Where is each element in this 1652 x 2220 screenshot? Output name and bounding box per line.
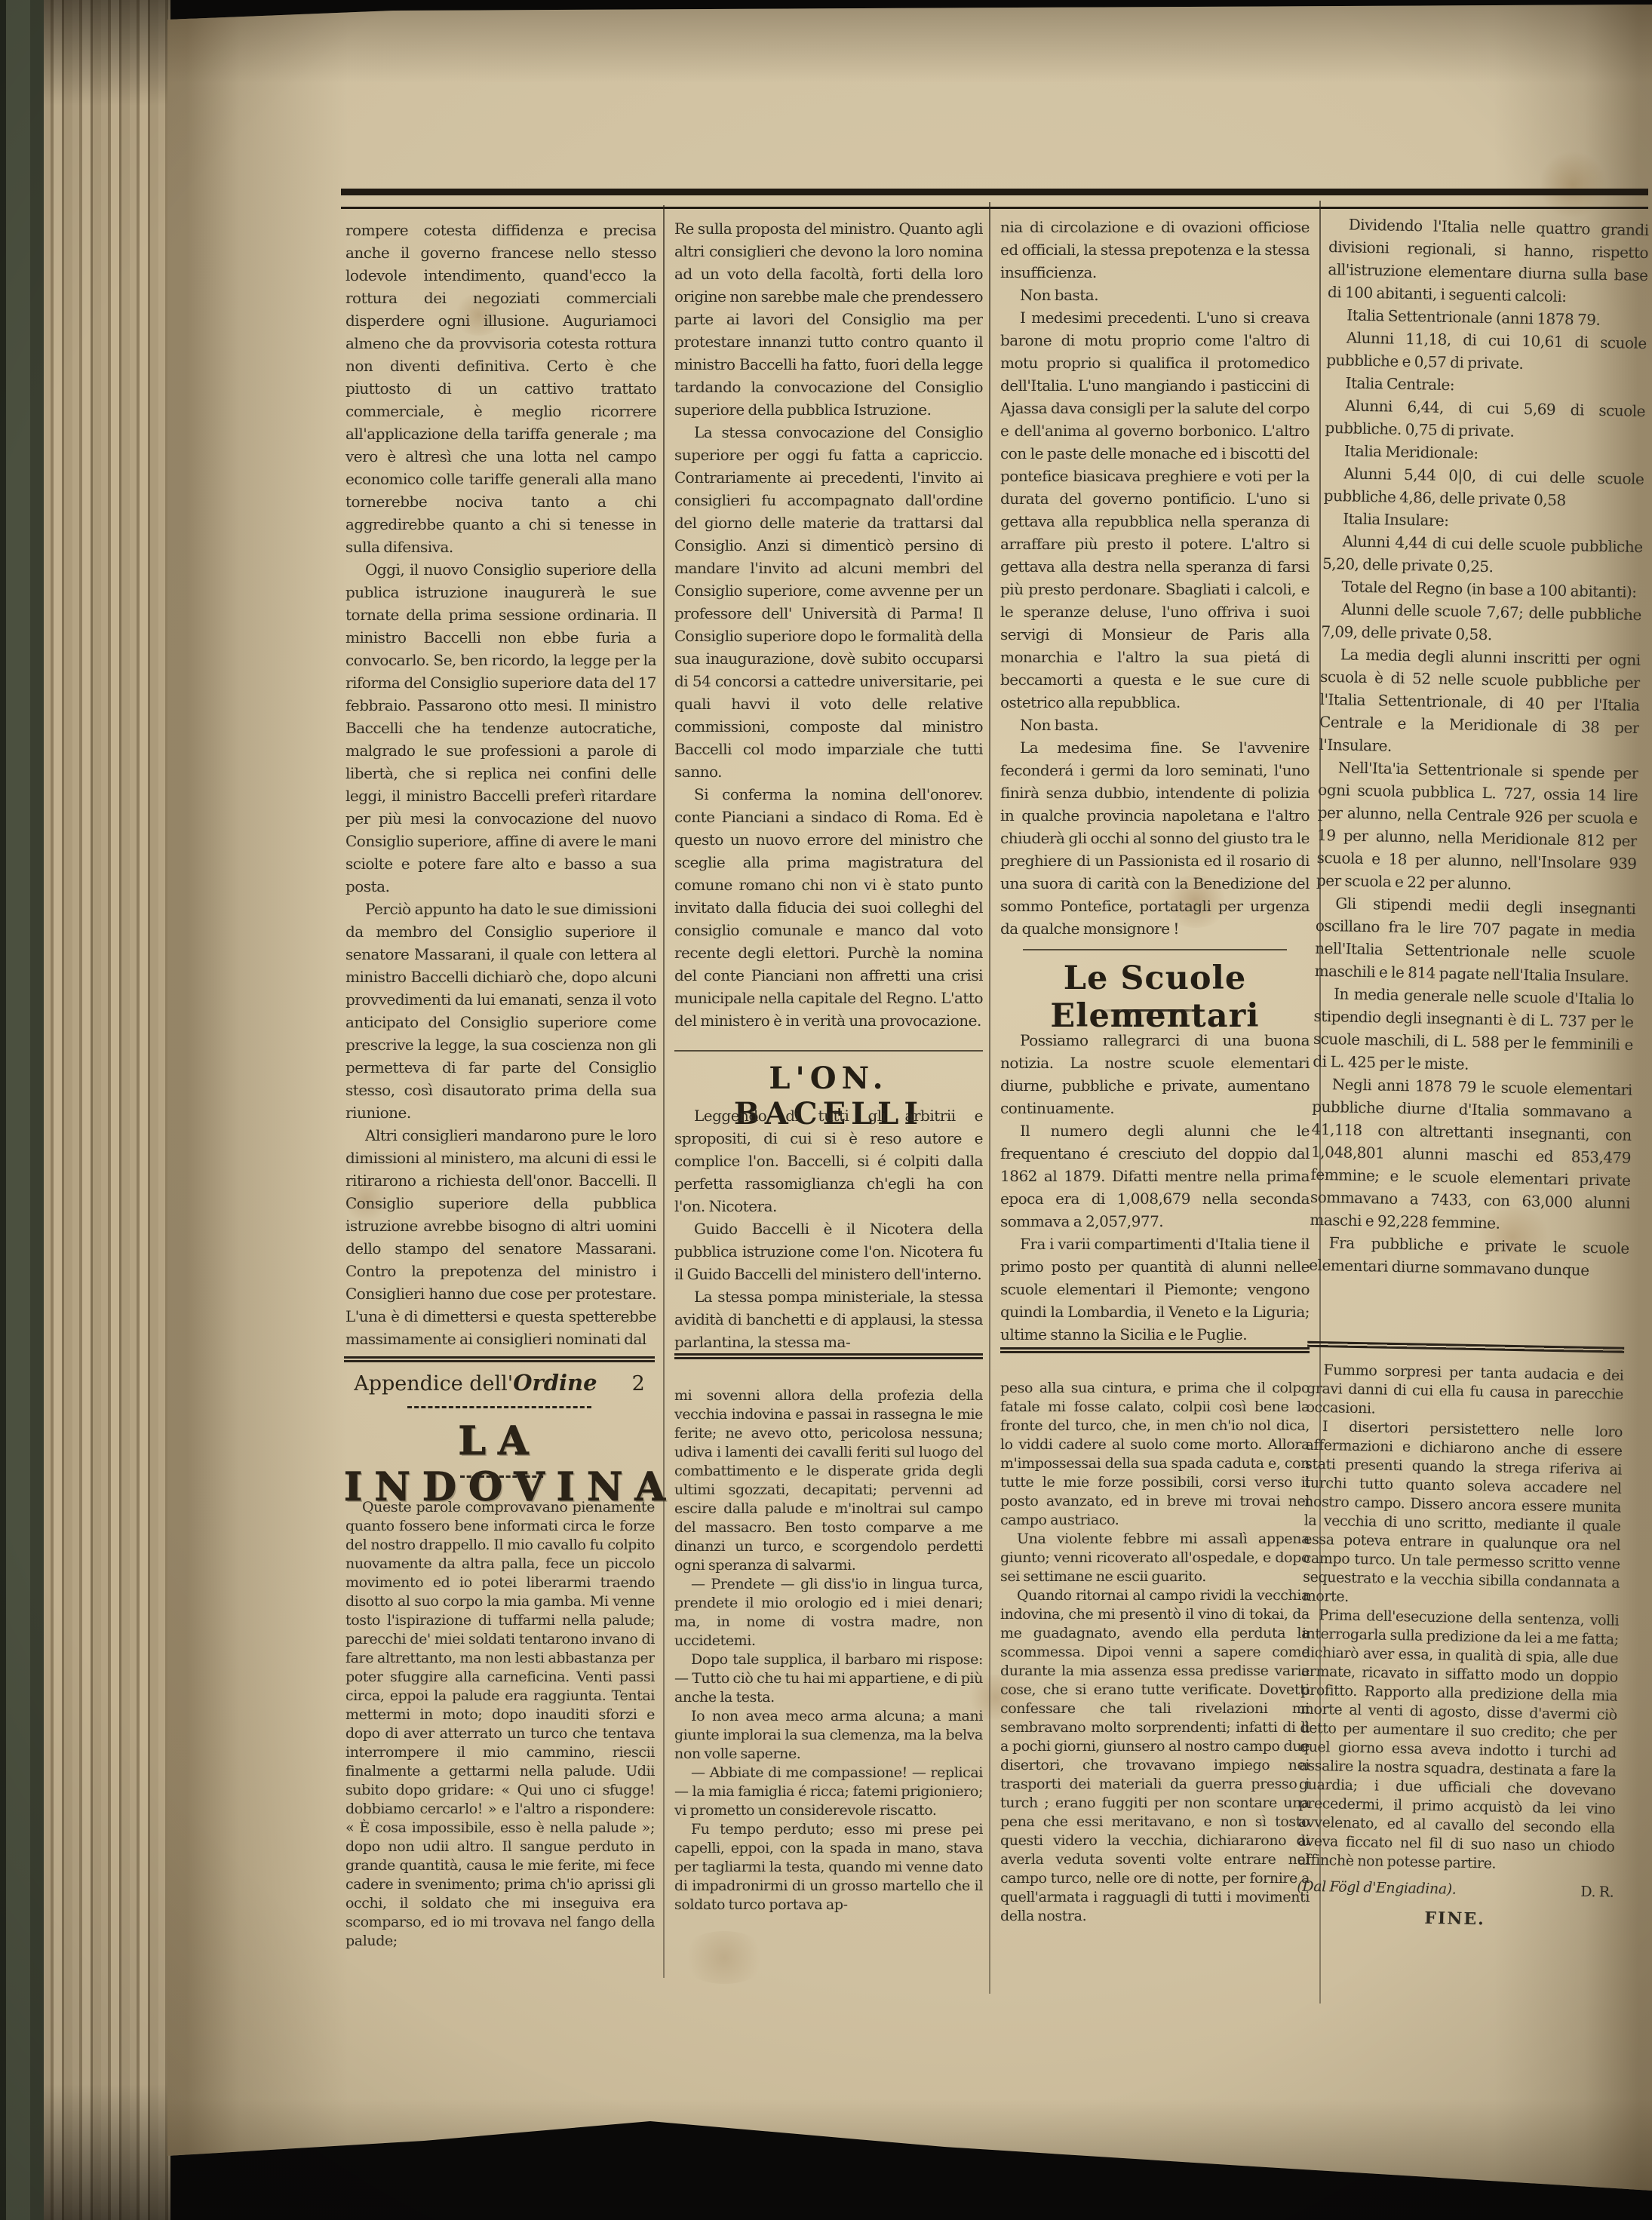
scuole-headline: Le Scuole Elementari bbox=[1000, 960, 1310, 1000]
scuole-column3: Possiamo rallegrarci di una buona notizi… bbox=[1000, 1029, 1310, 1343]
paragraph: Re sulla proposta del ministro. Quanto a… bbox=[674, 217, 983, 421]
feuilleton-separator-col1 bbox=[344, 1356, 655, 1362]
paragraph: Prima dell'esecuzione della sentenza, vo… bbox=[1297, 1606, 1620, 1876]
paragraph: Una violente febbre mi assalì appena giu… bbox=[1000, 1530, 1310, 1586]
paragraph: Quando ritornai al campo rividi la vecch… bbox=[1000, 1586, 1310, 1926]
paragraph: Gli stipendi medii degli insegnanti osci… bbox=[1314, 892, 1635, 988]
paragraph: — Prendete — gli diss'io in lingua turca… bbox=[674, 1575, 983, 1650]
paragraph: Fu tempo perduto; esso mi prese pei cape… bbox=[674, 1820, 983, 1914]
paragraph: nia di circolazione e di ovazioni offici… bbox=[1000, 216, 1310, 284]
paragraph: Possiamo rallegrarci di una buona notizi… bbox=[1000, 1029, 1310, 1119]
paragraph: Fra i varii compartimenti d'Italia tiene… bbox=[1000, 1233, 1310, 1343]
feuilleton-title-ornament bbox=[460, 1475, 543, 1478]
scuole-ornament bbox=[1101, 1009, 1207, 1012]
paragraph: Fummo sorpresi per tanta audacia e dei g… bbox=[1306, 1361, 1623, 1423]
feuilleton-tail: (Dal Fögl d'Engiadina). D. R. bbox=[1297, 1878, 1614, 1902]
paragraph: Alunni 5,44 0|0, di cui delle scuole pub… bbox=[1324, 462, 1644, 513]
paragraph: Io non avea meco arma alcuna; a mani giu… bbox=[674, 1707, 983, 1764]
appendix-dashed-rule bbox=[407, 1406, 591, 1408]
paragraph: I medesimi precedenti. L'uno si creava b… bbox=[1000, 306, 1310, 714]
top-edge-shadow bbox=[167, 0, 1652, 83]
paragraph: Alunni 11,18, di cui 10,61 di scuole pub… bbox=[1326, 326, 1647, 377]
feuilleton-initials: D. R. bbox=[1580, 1883, 1614, 1902]
article1-column2: Re sulla proposta del ministro. Quanto a… bbox=[674, 217, 983, 1044]
feuilleton-separator-col3 bbox=[1000, 1347, 1310, 1353]
bacelli-headline-rule bbox=[674, 1050, 983, 1052]
feuilleton-separator-col2 bbox=[674, 1353, 983, 1359]
paragraph: In media generale nelle scuole d'Italia … bbox=[1313, 982, 1634, 1079]
paragraph: rompere cotesta diffidenza e precisa anc… bbox=[345, 219, 656, 558]
bacelli-column2: Leggendo di tutti gli arbitrii e spropos… bbox=[674, 1104, 983, 1352]
paragraph: Leggendo di tutti gli arbitrii e spropos… bbox=[674, 1104, 983, 1217]
bacelli-headline: L'ON. BACELLI bbox=[674, 1061, 983, 1100]
bacelli-column3: nia di circolazione e di ovazioni offici… bbox=[1000, 216, 1310, 943]
paragraph: Alunni 4,44 di cui delle scuole pubblich… bbox=[1322, 530, 1643, 581]
paragraph: Oggi, il nuovo Consiglio superiore della… bbox=[345, 558, 656, 898]
paragraph: Perciò appunto ha dato le sue dimissioni… bbox=[345, 898, 656, 1124]
feuilleton-source: (Dal Fögl d'Engiadina). bbox=[1297, 1878, 1457, 1899]
scuole-column4: Dividendo l'Italia nelle quattro grandi … bbox=[1307, 213, 1648, 1341]
masthead-rule bbox=[341, 189, 1648, 209]
feuilleton-col4-text: Fummo sorpresi per tanta audacia e dei g… bbox=[1297, 1361, 1624, 1876]
paragraph: — Abbiate di me compassione! — replicai … bbox=[674, 1764, 983, 1820]
feuilleton-column1: Queste parole comprovavano pienamente qu… bbox=[345, 1498, 655, 1990]
paragraph: Guido Baccelli è il Nicotera della pubbl… bbox=[674, 1217, 983, 1285]
paragraph: Altri consiglieri mandarono pure le loro… bbox=[345, 1124, 656, 1350]
article1-column1: rompere cotesta diffidenza e precisa anc… bbox=[345, 219, 656, 1350]
paragraph: La stessa pompa ministeriale, la stessa … bbox=[674, 1285, 983, 1352]
appendix-prefix: Appendice dell' bbox=[354, 1372, 513, 1396]
column-rule-2 bbox=[989, 202, 990, 1994]
paragraph: Queste parole comprovavano pienamente qu… bbox=[345, 1498, 655, 1951]
feuilleton-separator-col4 bbox=[1307, 1341, 1624, 1353]
feuilleton-fine: FINE. bbox=[1296, 1907, 1613, 1932]
paragraph: La stessa convocazione del Consiglio sup… bbox=[674, 421, 983, 783]
feuilleton-column2: mi sovenni allora della profezia della v… bbox=[674, 1386, 983, 1999]
paragraph: Negli anni 1878 79 le scuole elementari … bbox=[1310, 1073, 1632, 1237]
gutter-shadow bbox=[167, 0, 349, 2220]
page-stack-edges bbox=[44, 0, 170, 2220]
paragraph: Non basta. bbox=[1000, 714, 1310, 736]
paragraph: Alunni delle scuole 7,67; delle pubblich… bbox=[1321, 597, 1641, 649]
paragraph: Dividendo l'Italia nelle quattro grandi … bbox=[1328, 213, 1649, 309]
feuilleton-title: LA INDOVINA bbox=[344, 1418, 655, 1465]
paragraph: Dopo tale supplica, il barbaro mi rispos… bbox=[674, 1650, 983, 1707]
paragraph: Fra pubbliche e private le scuole elemen… bbox=[1309, 1231, 1629, 1282]
column-rule-1 bbox=[663, 205, 665, 1978]
paragraph: Alunni 6,44, di cui 5,69 di scuole pubbl… bbox=[1325, 394, 1645, 445]
paragraph: I disertori persistettero nelle loro aff… bbox=[1303, 1417, 1623, 1612]
paragraph: Non basta. bbox=[1000, 284, 1310, 306]
bottom-edge-shadow bbox=[167, 2099, 1652, 2220]
paragraph: mi sovenni allora della profezia della v… bbox=[674, 1386, 983, 1575]
paragraph: La media degli alunni inscritti per ogni… bbox=[1319, 643, 1641, 762]
appendix-page-number: 2 bbox=[632, 1372, 645, 1396]
feuilleton-column3: peso alla sua cintura, e prima che il co… bbox=[1000, 1379, 1310, 1996]
appendix-journal-name: Ordine bbox=[513, 1370, 597, 1396]
paragraph: peso alla sua cintura, e prima che il co… bbox=[1000, 1379, 1310, 1530]
feuilleton-column4: Fummo sorpresi per tanta audacia e dei g… bbox=[1294, 1361, 1624, 2029]
scanned-newspaper-page: rompere cotesta diffidenza e precisa anc… bbox=[0, 0, 1652, 2220]
paragraph: Il numero degli alunni che le frequentan… bbox=[1000, 1119, 1310, 1233]
paragraph: Nell'Ita'ia Settentrionale si spende per… bbox=[1316, 756, 1638, 898]
book-cover-edge bbox=[0, 0, 44, 2220]
paragraph: La medesima fine. Se l'avvenire feconder… bbox=[1000, 736, 1310, 940]
column4-wrap: Dividendo l'Italia nelle quattro grandi … bbox=[1294, 213, 1652, 2029]
scuole-headline-rule bbox=[1023, 949, 1287, 950]
paragraph: Si conferma la nomina dell'onorev. conte… bbox=[674, 783, 983, 1032]
appendix-line: Appendice dell'Ordine2 bbox=[344, 1370, 655, 1400]
